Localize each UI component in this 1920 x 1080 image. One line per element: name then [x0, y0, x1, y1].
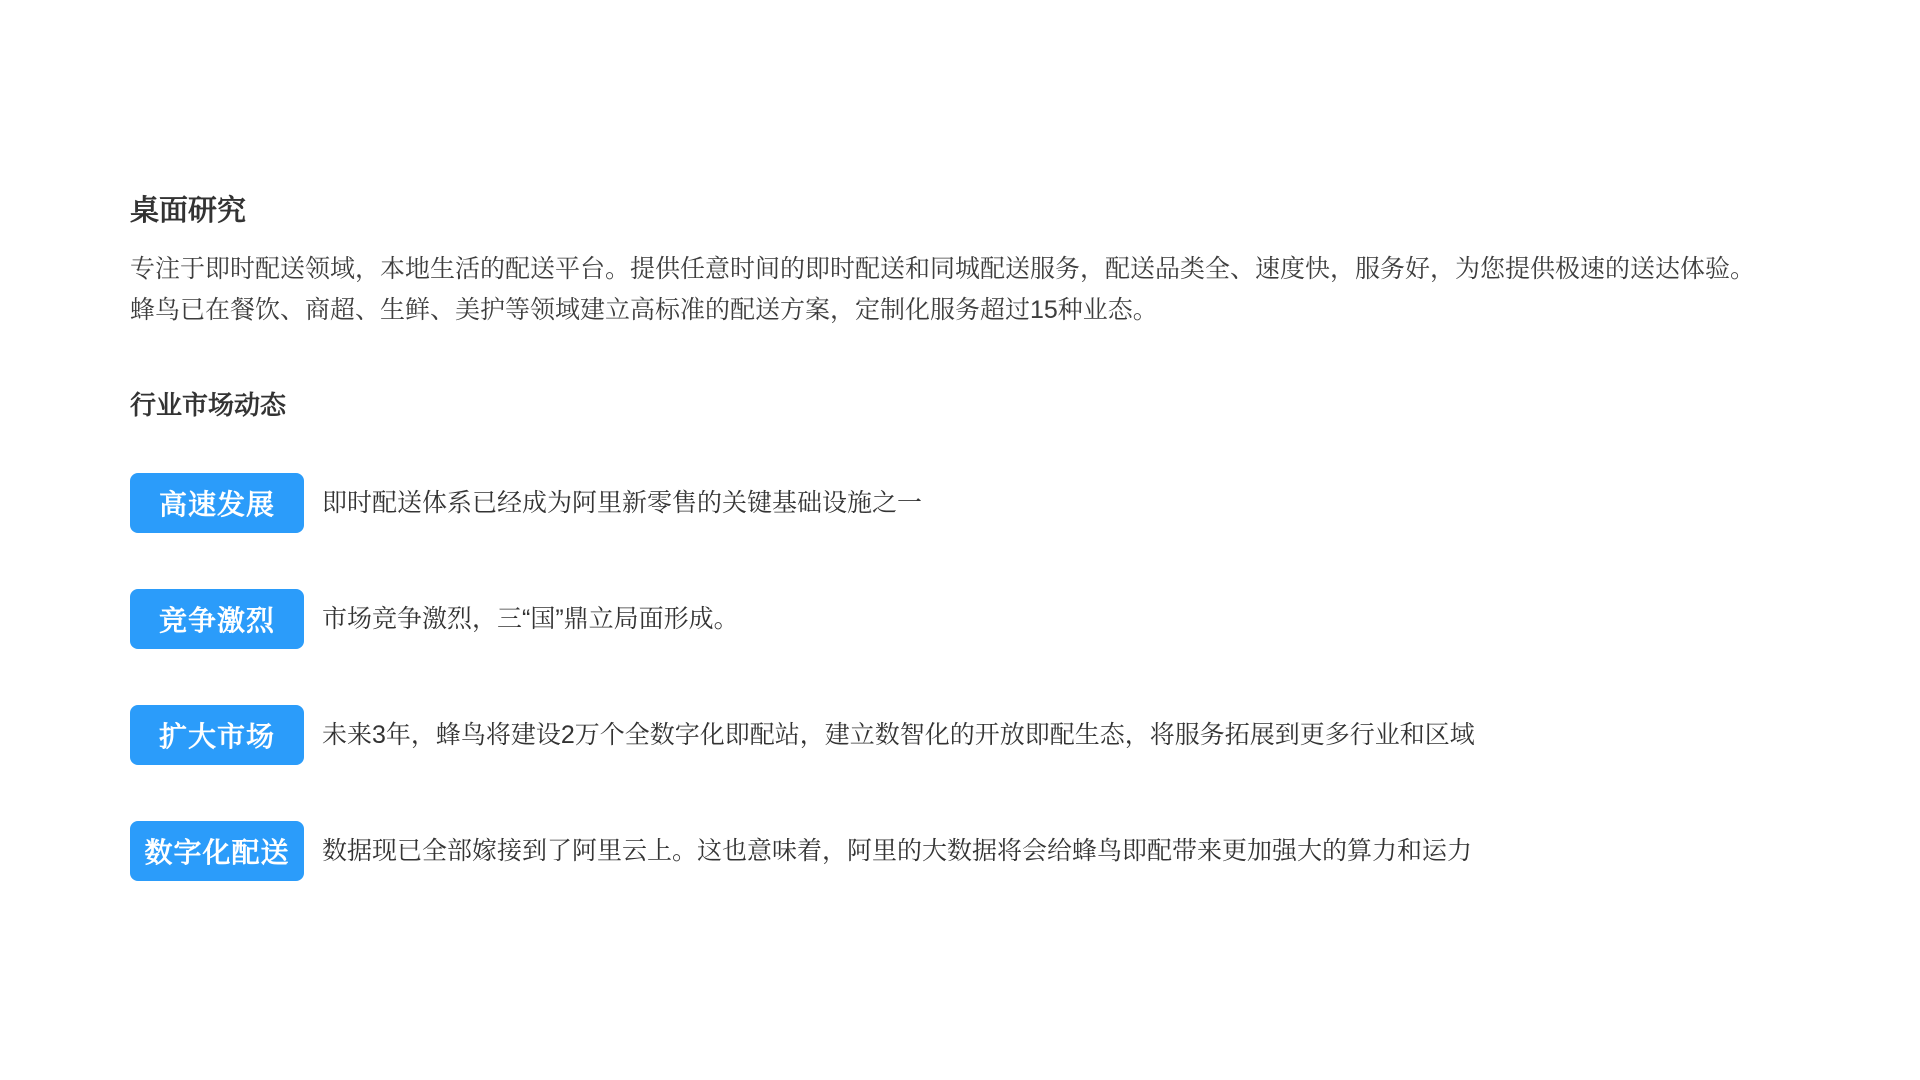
tag-button-fierce-competition[interactable]: 竞争激烈	[130, 589, 304, 649]
market-dynamics-list: 高速发展 即时配送体系已经成为阿里新零售的关键基础设施之一 竞争激烈 市场竞争激…	[130, 473, 1475, 881]
intro-line-2: 蜂鸟已在餐饮、商超、生鲜、美护等领域建立高标准的配送方案，定制化服务超过15种业…	[130, 290, 1800, 331]
tag-button-market-expansion[interactable]: 扩大市场	[130, 705, 304, 765]
section-heading-market-dynamics: 行业市场动态	[130, 389, 286, 422]
list-item: 扩大市场 未来3年，蜂鸟将建设2万个全数字化即配站，建立数智化的开放即配生态，将…	[130, 705, 1475, 765]
document-page: 桌面研究 专注于即时配送领域，本地生活的配送平台。提供任意时间的即时配送和同城配…	[0, 0, 1920, 1080]
page-title: 桌面研究	[130, 193, 246, 229]
item-description: 市场竞争激烈，三“国”鼎立局面形成。	[322, 602, 739, 637]
item-description: 未来3年，蜂鸟将建设2万个全数字化即配站，建立数智化的开放即配生态，将服务拓展到…	[322, 718, 1475, 753]
tag-button-digital-delivery[interactable]: 数字化配送	[130, 821, 304, 881]
intro-line-1: 专注于即时配送领域，本地生活的配送平台。提供任意时间的即时配送和同城配送服务，配…	[130, 249, 1800, 290]
item-description: 数据现已全部嫁接到了阿里云上。这也意味着，阿里的大数据将会给蜂鸟即配带来更加强大…	[322, 834, 1472, 869]
tag-button-rapid-growth[interactable]: 高速发展	[130, 473, 304, 533]
list-item: 竞争激烈 市场竞争激烈，三“国”鼎立局面形成。	[130, 589, 1475, 649]
item-description: 即时配送体系已经成为阿里新零售的关键基础设施之一	[322, 486, 922, 521]
list-item: 数字化配送 数据现已全部嫁接到了阿里云上。这也意味着，阿里的大数据将会给蜂鸟即配…	[130, 821, 1475, 881]
intro-paragraph: 专注于即时配送领域，本地生活的配送平台。提供任意时间的即时配送和同城配送服务，配…	[130, 249, 1800, 331]
list-item: 高速发展 即时配送体系已经成为阿里新零售的关键基础设施之一	[130, 473, 1475, 533]
